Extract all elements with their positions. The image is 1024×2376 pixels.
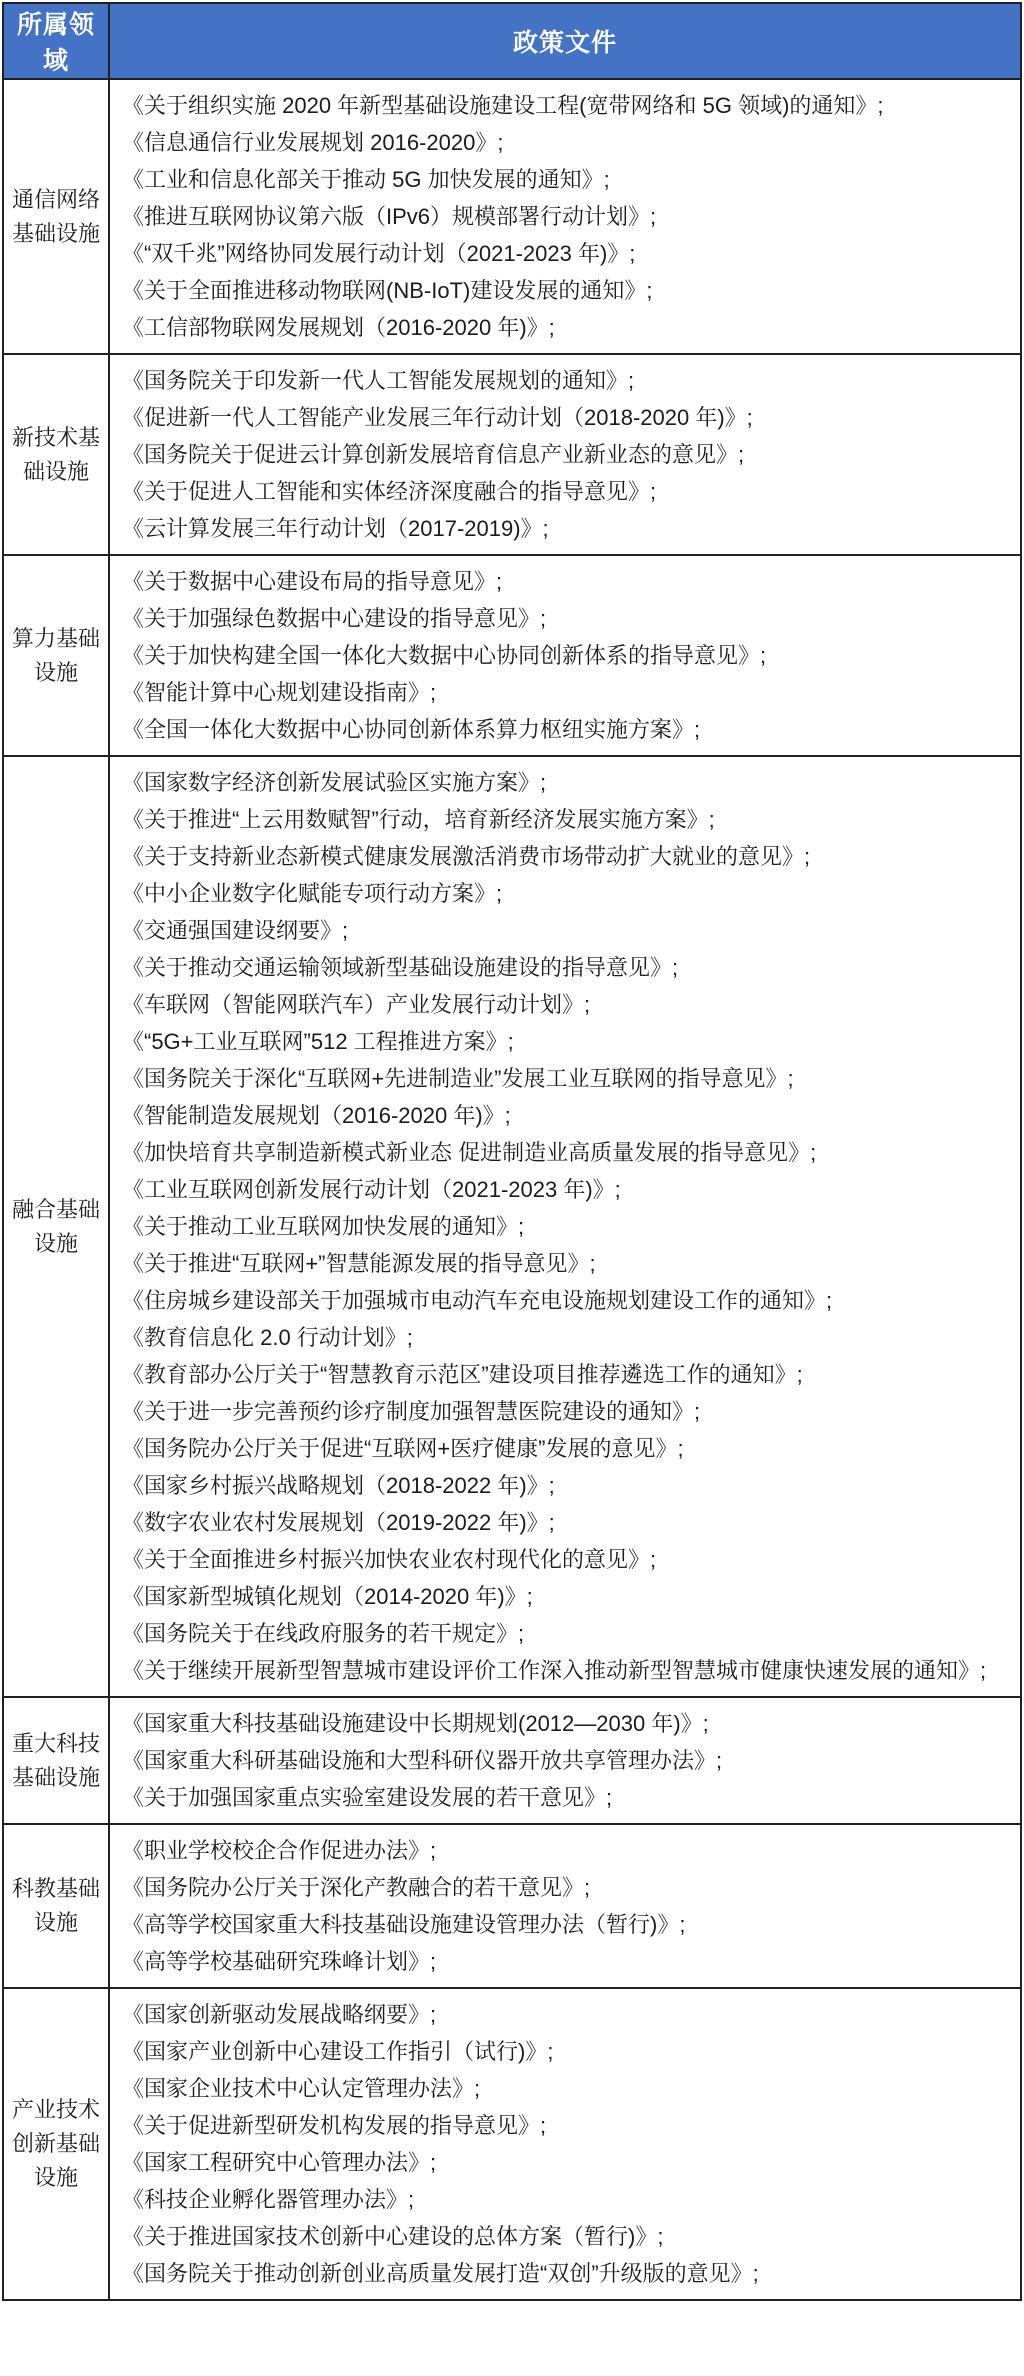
policy-item: 《加快培育共享制造新模式新业态 促进制造业高质量发展的指导意见》; [122,1134,1010,1171]
policy-item: 《交通强国建设纲要》; [122,912,1010,949]
policy-item: 《关于推动交通运输领域新型基础设施建设的指导意见》; [122,949,1010,986]
policy-item: 《教育信息化 2.0 行动计划》; [122,1319,1010,1356]
table-row: 通信网络基础设施《关于组织实施 2020 年新型基础设施建设工程(宽带网络和 5… [3,79,1021,354]
policy-item: 《国务院办公厅关于促进“互联网+医疗健康”发展的意见》; [122,1430,1010,1467]
policy-table: 所属领域 政策文件 通信网络基础设施《关于组织实施 2020 年新型基础设施建设… [2,2,1022,2301]
table-body: 通信网络基础设施《关于组织实施 2020 年新型基础设施建设工程(宽带网络和 5… [3,79,1021,2300]
policy-cell: 《国务院关于印发新一代人工智能发展规划的通知》;《促进新一代人工智能产业发展三年… [109,354,1021,555]
policy-item: 《关于促进人工智能和实体经济深度融合的指导意见》; [122,473,1010,510]
policy-item: 《关于进一步完善预约诊疗制度加强智慧医院建设的通知》; [122,1393,1010,1430]
policy-item: 《智能制造发展规划（2016-2020 年)》; [122,1097,1010,1134]
policy-item: 《车联网（智能网联汽车）产业发展行动计划》; [122,986,1010,1023]
domain-cell: 重大科技基础设施 [3,1697,109,1824]
policy-item: 《高等学校基础研究珠峰计划》; [122,1943,1010,1980]
policy-item: 《关于推进国家技术创新中心建设的总体方案（暂行)》; [122,2218,1010,2255]
header-row: 所属领域 政策文件 [3,3,1021,79]
table-row: 算力基础设施《关于数据中心建设布局的指导意见》;《关于加强绿色数据中心建设的指导… [3,555,1021,756]
page: 所属领域 政策文件 通信网络基础设施《关于组织实施 2020 年新型基础设施建设… [0,0,1024,2376]
policy-item: 《智能计算中心规划建设指南》; [122,674,1010,711]
policy-item: 《“双千兆”网络协同发展行动计划（2021-2023 年)》; [122,235,1010,272]
policy-item: 《国家重大科技基础设施建设中长期规划(2012—2030 年)》; [122,1705,1010,1742]
policy-item: 《关于推进“互联网+”智慧能源发展的指导意见》; [122,1245,1010,1282]
policy-cell: 《职业学校校企合作促进办法》;《国务院办公厅关于深化产教融合的若干意见》;《高等… [109,1824,1021,1988]
policy-item: 《关于继续开展新型智慧城市建设评价工作深入推动新型智慧城市健康快速发展的通知》; [122,1652,1010,1689]
table-row: 重大科技基础设施《国家重大科技基础设施建设中长期规划(2012—2030 年)》… [3,1697,1021,1824]
policy-item: 《关于支持新业态新模式健康发展激活消费市场带动扩大就业的意见》; [122,838,1010,875]
policy-item: 《关于全面推进移动物联网(NB-IoT)建设发展的通知》; [122,272,1010,309]
policy-item: 《关于加强绿色数据中心建设的指导意见》; [122,600,1010,637]
policy-item: 《国家创新驱动发展战略纲要》; [122,1996,1010,2033]
policy-item: 《国家乡村振兴战略规划（2018-2022 年)》; [122,1467,1010,1504]
policy-item: 《高等学校国家重大科技基础设施建设管理办法（暂行)》; [122,1906,1010,1943]
policy-item: 《国家数字经济创新发展试验区实施方案》; [122,764,1010,801]
policy-item: 《工信部物联网发展规划（2016-2020 年)》; [122,309,1010,346]
domain-cell: 融合基础设施 [3,756,109,1697]
domain-cell: 新技术基础设施 [3,354,109,555]
policy-item: 《国家新型城镇化规划（2014-2020 年)》; [122,1578,1010,1615]
policy-item: 《国家重大科研基础设施和大型科研仪器开放共享管理办法》; [122,1742,1010,1779]
policy-item: 《全国一体化大数据中心协同创新体系算力枢纽实施方案》; [122,711,1010,748]
policy-item: 《国务院关于推动创新创业高质量发展打造“双创”升级版的意见》; [122,2255,1010,2292]
domain-cell: 通信网络基础设施 [3,79,109,354]
policy-item: 《职业学校校企合作促进办法》; [122,1832,1010,1869]
table-row: 产业技术创新基础设施《国家创新驱动发展战略纲要》;《国家产业创新中心建设工作指引… [3,1988,1021,2300]
policy-cell: 《国家数字经济创新发展试验区实施方案》;《关于推进“上云用数赋智”行动，培育新经… [109,756,1021,1697]
policy-item: 《住房城乡建设部关于加强城市电动汽车充电设施规划建设工作的通知》; [122,1282,1010,1319]
policy-item: 《国务院关于深化“互联网+先进制造业”发展工业互联网的指导意见》; [122,1060,1010,1097]
policy-item: 《国务院关于促进云计算创新发展培育信息产业新业态的意见》; [122,436,1010,473]
column-header-policy: 政策文件 [109,3,1021,79]
policy-item: 《关于全面推进乡村振兴加快农业农村现代化的意见》; [122,1541,1010,1578]
policy-item: 《国家工程研究中心管理办法》; [122,2144,1010,2181]
policy-item: 《国家产业创新中心建设工作指引（试行)》; [122,2033,1010,2070]
policy-item: 《工业和信息化部关于推动 5G 加快发展的通知》; [122,161,1010,198]
table-row: 新技术基础设施《国务院关于印发新一代人工智能发展规划的通知》;《促进新一代人工智… [3,354,1021,555]
policy-item: 《国务院关于在线政府服务的若干规定》; [122,1615,1010,1652]
domain-cell: 科教基础设施 [3,1824,109,1988]
policy-item: 《国务院办公厅关于深化产教融合的若干意见》; [122,1869,1010,1906]
domain-cell: 产业技术创新基础设施 [3,1988,109,2300]
policy-item: 《关于加快构建全国一体化大数据中心协同创新体系的指导意见》; [122,637,1010,674]
policy-item: 《关于推进“上云用数赋智”行动，培育新经济发展实施方案》; [122,801,1010,838]
policy-item: 《工业互联网创新发展行动计划（2021-2023 年)》; [122,1171,1010,1208]
policy-item: 《信息通信行业发展规划 2016-2020》; [122,124,1010,161]
table-row: 融合基础设施《国家数字经济创新发展试验区实施方案》;《关于推进“上云用数赋智”行… [3,756,1021,1697]
policy-item: 《“5G+工业互联网”512 工程推进方案》; [122,1023,1010,1060]
policy-item: 《关于加强国家重点实验室建设发展的若干意见》; [122,1779,1010,1816]
column-header-domain: 所属领域 [3,3,109,79]
policy-item: 《中小企业数字化赋能专项行动方案》; [122,875,1010,912]
domain-cell: 算力基础设施 [3,555,109,756]
policy-item: 《云计算发展三年行动计划（2017-2019)》; [122,510,1010,547]
policy-item: 《关于推动工业互联网加快发展的通知》; [122,1208,1010,1245]
policy-item: 《科技企业孵化器管理办法》; [122,2181,1010,2218]
policy-item: 《教育部办公厅关于“智慧教育示范区”建设项目推荐遴选工作的通知》; [122,1356,1010,1393]
policy-cell: 《关于数据中心建设布局的指导意见》;《关于加强绿色数据中心建设的指导意见》;《关… [109,555,1021,756]
policy-cell: 《国家重大科技基础设施建设中长期规划(2012—2030 年)》;《国家重大科研… [109,1697,1021,1824]
policy-item: 《国务院关于印发新一代人工智能发展规划的通知》; [122,362,1010,399]
policy-cell: 《关于组织实施 2020 年新型基础设施建设工程(宽带网络和 5G 领域)的通知… [109,79,1021,354]
table-header: 所属领域 政策文件 [3,3,1021,79]
policy-item: 《数字农业农村发展规划（2019-2022 年)》; [122,1504,1010,1541]
policy-item: 《促进新一代人工智能产业发展三年行动计划（2018-2020 年)》; [122,399,1010,436]
policy-item: 《推进互联网协议第六版（IPv6）规模部署行动计划》; [122,198,1010,235]
policy-item: 《关于组织实施 2020 年新型基础设施建设工程(宽带网络和 5G 领域)的通知… [122,87,1010,124]
policy-cell: 《国家创新驱动发展战略纲要》;《国家产业创新中心建设工作指引（试行)》;《国家企… [109,1988,1021,2300]
policy-item: 《关于促进新型研发机构发展的指导意见》; [122,2107,1010,2144]
policy-item: 《关于数据中心建设布局的指导意见》; [122,563,1010,600]
policy-item: 《国家企业技术中心认定管理办法》; [122,2070,1010,2107]
table-row: 科教基础设施《职业学校校企合作促进办法》;《国务院办公厅关于深化产教融合的若干意… [3,1824,1021,1988]
